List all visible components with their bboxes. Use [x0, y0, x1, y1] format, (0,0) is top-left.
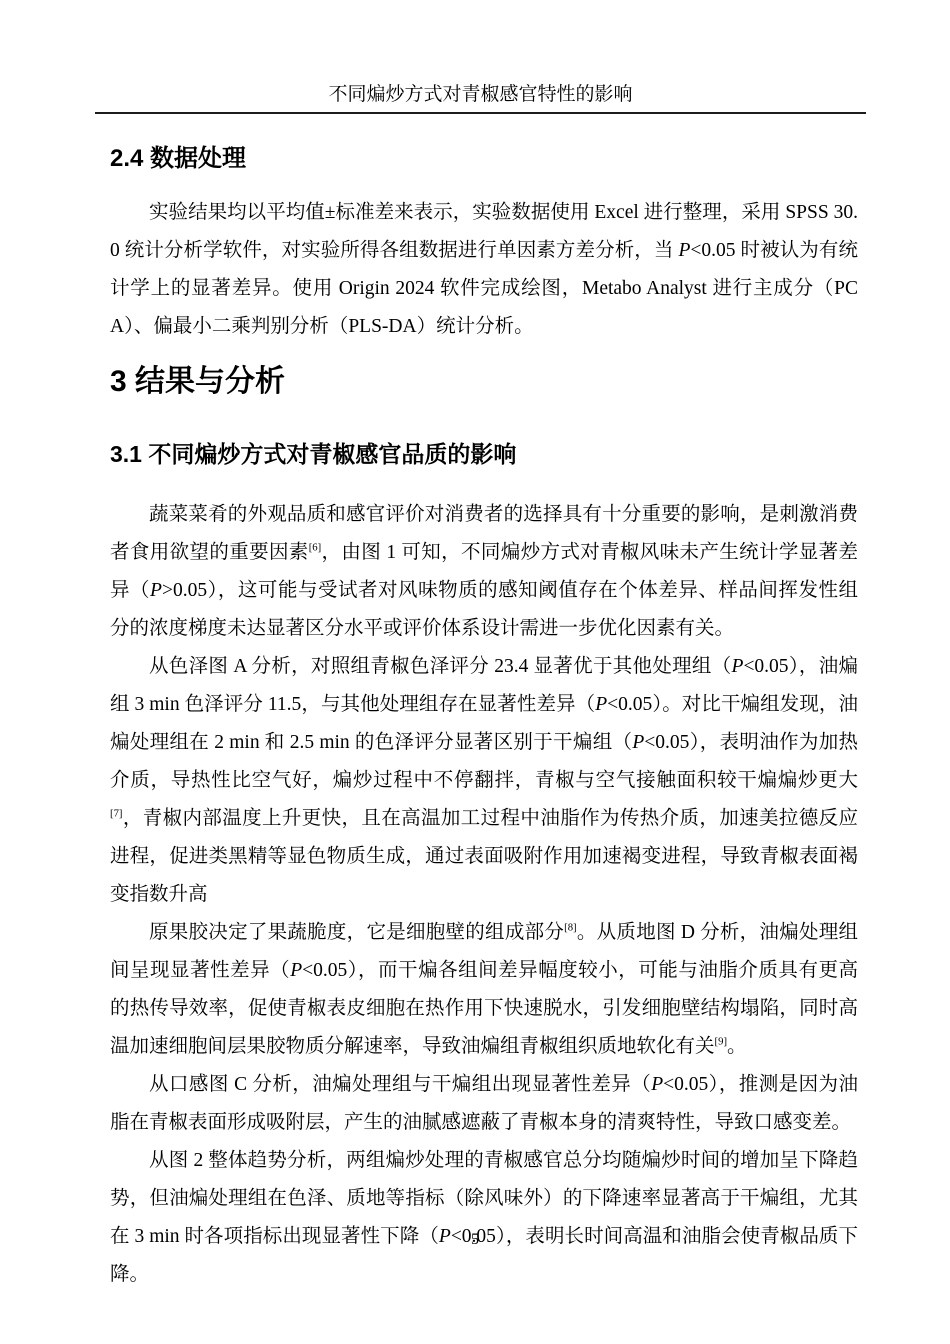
heading-data-processing: 2.4 数据处理	[110, 146, 858, 172]
running-header: 不同煸炒方式对青椒感官特性的影响	[95, 84, 866, 114]
text-run: 从色泽图 A 分析，对照组青椒色泽评分 23.4 显著优于其他处理组（	[149, 656, 732, 677]
stat-symbol: P	[651, 1074, 663, 1095]
paragraph-overall-trend: 从图 2 整体趋势分析，两组煸炒处理的青椒感官总分均随煸炒时间的增加呈下降趋势，…	[110, 1142, 858, 1294]
stat-symbol: P	[678, 240, 690, 261]
stat-symbol: P	[150, 580, 162, 601]
citation-ref: [7]	[110, 808, 123, 820]
stat-symbol: P	[290, 960, 302, 981]
paragraph-mouthfeel-analysis: 从口感图 C 分析，油煸处理组与干煸组出现显著性差异（P<0.05），推测是因为…	[110, 1066, 858, 1142]
citation-ref: [6]	[309, 542, 322, 554]
paragraph-color-analysis: 从色泽图 A 分析，对照组青椒色泽评分 23.4 显著优于其他处理组（P<0.0…	[110, 648, 858, 914]
document-page: 不同煸炒方式对青椒感官特性的影响 2.4 数据处理 实验结果均以平均值±标准差来…	[0, 0, 950, 1344]
citation-ref: [9]	[715, 1036, 728, 1048]
text-run: 原果胶决定了果蔬脆度，它是细胞壁的组成部分	[149, 922, 564, 943]
text-run: 。	[727, 1036, 747, 1057]
text-run: ，青椒内部温度上升更快，且在高温加工过程中油脂作为传热介质，加速美拉德反应进程，…	[110, 808, 858, 905]
text-run: >0.05），这可能与受试者对风味物质的感知阈值存在个体差异、样品间挥发性组分的…	[110, 580, 858, 639]
heading-results-and-analysis: 3 结果与分析	[110, 364, 858, 400]
paragraph-texture-analysis: 原果胶决定了果蔬脆度，它是细胞壁的组成部分[8]。从质地图 D 分析，油煸处理组…	[110, 914, 858, 1066]
stat-symbol: P	[632, 732, 644, 753]
text-run: 从口感图 C 分析，油煸处理组与干煸组出现显著性差异（	[149, 1074, 651, 1095]
page-body: 2.4 数据处理 实验结果均以平均值±标准差来表示，实验数据使用 Excel 进…	[110, 146, 858, 1294]
stat-symbol: P	[732, 656, 744, 677]
stat-symbol: P	[595, 694, 607, 715]
heading-sensory-quality: 3.1 不同煸炒方式对青椒感官品质的影响	[110, 440, 858, 468]
page-number: 5	[471, 1231, 479, 1248]
page-footer: 5	[0, 1230, 950, 1250]
paragraph-flavor-overview: 蔬菜菜肴的外观品质和感官评价对消费者的选择具有十分重要的影响，是刺激消费者食用欲…	[110, 496, 858, 648]
citation-ref: [8]	[564, 922, 577, 934]
running-header-title: 不同煸炒方式对青椒感官特性的影响	[328, 84, 632, 105]
paragraph-data-processing: 实验结果均以平均值±标准差来表示，实验数据使用 Excel 进行整理，采用 SP…	[110, 194, 858, 346]
